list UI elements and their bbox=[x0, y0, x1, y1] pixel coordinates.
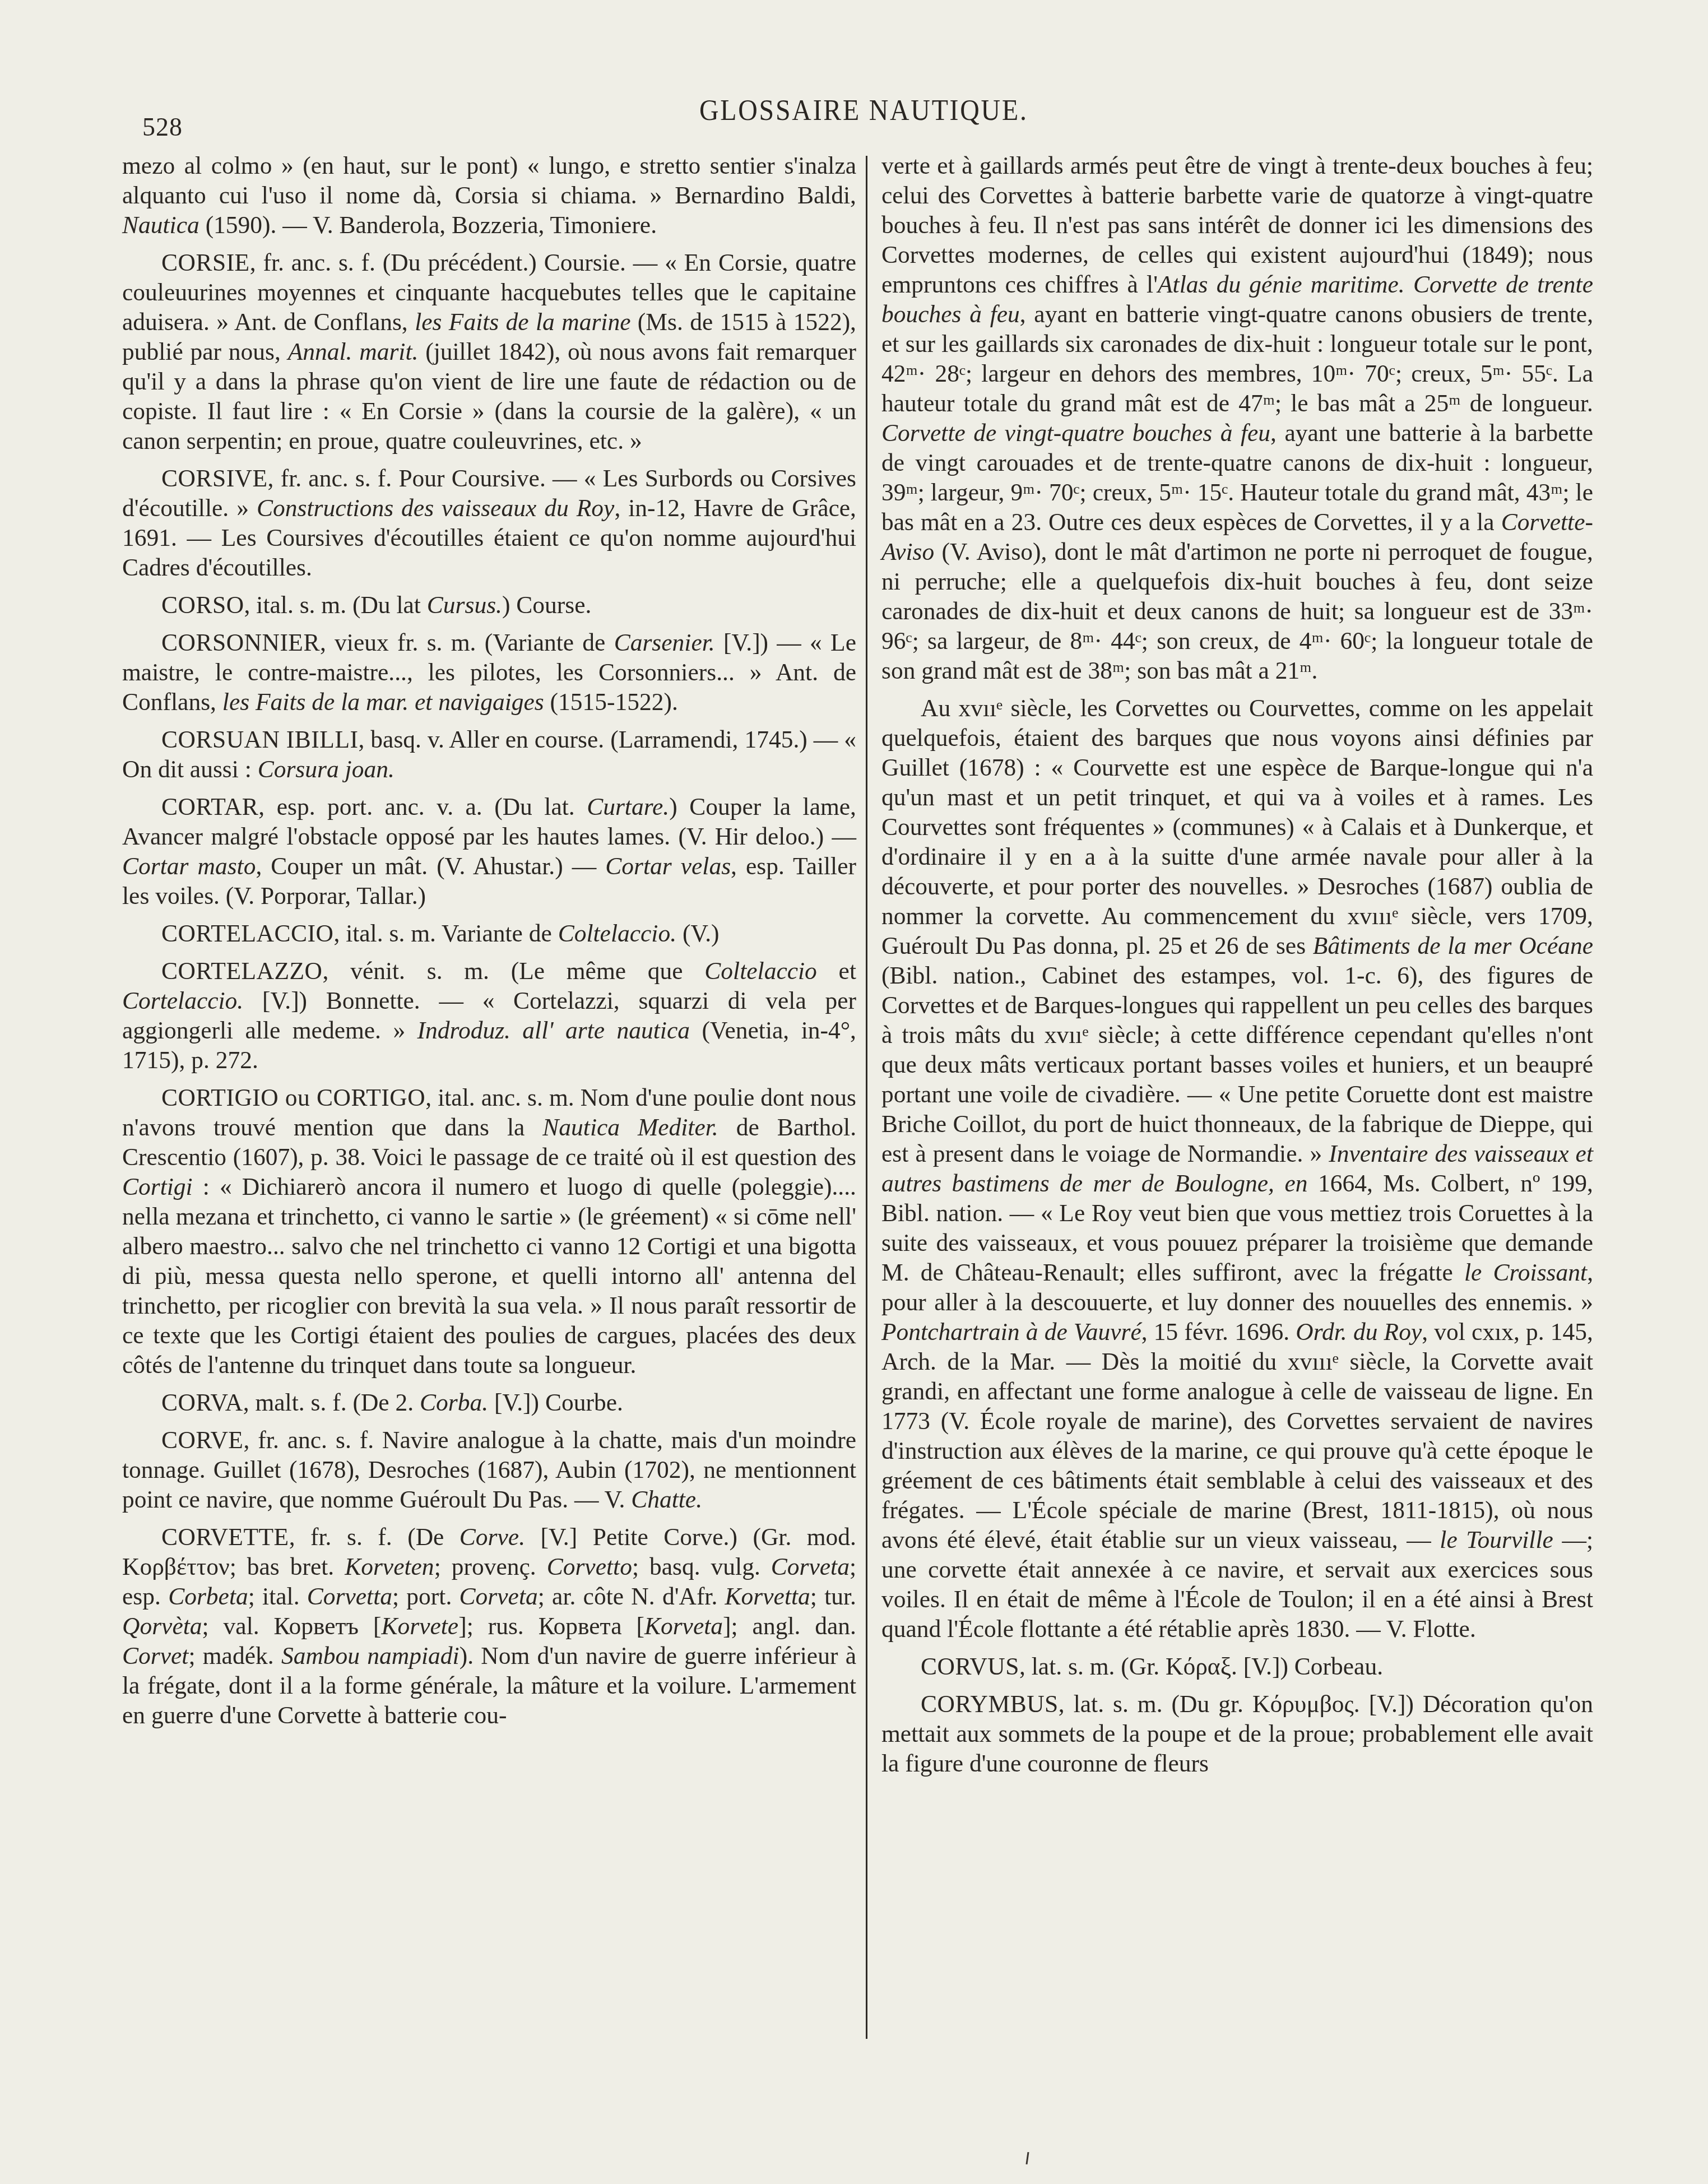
entry-headword: CORTIGIO ou CORTIGO bbox=[161, 1084, 425, 1111]
glossary-paragraph: mezo al colmo » (en haut, sur le pont) «… bbox=[122, 151, 856, 240]
entry-text: mezo al colmo » (en haut, sur le pont) «… bbox=[122, 152, 856, 209]
page-number: 528 bbox=[142, 112, 183, 142]
italic-citation: Cortar masto bbox=[122, 853, 256, 880]
italic-citation: Indroduz. all' arte nautica bbox=[417, 1017, 690, 1044]
entry-headword: CORTELACCIO bbox=[161, 920, 333, 947]
entry-headword: CORSIVE bbox=[161, 465, 268, 492]
entry-text: (V. Aviso), dont le mât d'artimon ne por… bbox=[881, 539, 1593, 684]
italic-citation: Cortar velas bbox=[605, 853, 731, 880]
entry-headword: CORSONNIER bbox=[161, 629, 320, 656]
glossary-paragraph: Au xvııᵉ siècle, les Corvettes ou Courve… bbox=[881, 694, 1593, 1644]
glossary-entry: CORVE, fr. anc. s. f. Navire analogue à … bbox=[122, 1426, 856, 1515]
entry-text: , Couper un mât. (V. Ahustar.) — bbox=[256, 853, 605, 880]
italic-citation: Nautica bbox=[122, 212, 199, 239]
entry-headword: CORVETTE bbox=[161, 1524, 289, 1551]
italic-citation: Corvetto bbox=[547, 1554, 632, 1580]
glossary-entry: CORTELAZZO, vénit. s. m. (Le même que Co… bbox=[122, 957, 856, 1075]
entry-text: , vol cxıx, p. 145, Arch. de la Mar. — D… bbox=[881, 1319, 1593, 1554]
entry-text: (1515-1522). bbox=[544, 689, 678, 716]
entry-text: ) Course. bbox=[502, 592, 591, 619]
entry-headword: CORVA bbox=[161, 1389, 243, 1416]
entry-text: ; basq. vulg. bbox=[632, 1554, 771, 1580]
italic-citation: Korveten bbox=[345, 1554, 434, 1580]
entry-text: , malt. s. f. (De 2. bbox=[243, 1389, 420, 1416]
glossary-entry: CORSIE, fr. anc. s. f. (Du précédent.) C… bbox=[122, 248, 856, 456]
entry-headword: CORVE bbox=[161, 1427, 243, 1454]
glossary-entry: CORYMBUS, lat. s. m. (Du gr. Κόρυμβος. [… bbox=[881, 1690, 1593, 1779]
italic-citation: Coltelaccio. bbox=[558, 920, 676, 947]
entry-text: Au xvııᵉ siècle, les Corvettes ou Courve… bbox=[881, 695, 1593, 959]
glossary-entry: CORVA, malt. s. f. (De 2. Corba. [V.]) C… bbox=[122, 1388, 856, 1418]
italic-citation: Corvette de vingt-quatre bouches à feu bbox=[881, 420, 1270, 447]
glossary-entry: CORTELACCIO, ital. s. m. Variante de Col… bbox=[122, 919, 856, 949]
entry-headword: CORVUS bbox=[921, 1653, 1019, 1680]
italic-citation: Nautica Mediter. bbox=[542, 1114, 718, 1141]
italic-citation: Korveta bbox=[644, 1613, 723, 1640]
entry-text: ]; rus. Корвета [ bbox=[458, 1613, 644, 1640]
running-title: GLOSSAIRE NAUTIQUE. bbox=[699, 94, 1028, 127]
entry-text: (1590). — V. Banderola, Bozzeria, Timoni… bbox=[199, 212, 657, 239]
italic-citation: Curtare. bbox=[587, 794, 669, 820]
left-column: mezo al colmo » (en haut, sur le pont) «… bbox=[122, 151, 856, 1738]
entry-headword: CORTELAZZO bbox=[161, 958, 323, 985]
entry-text: : « Dichiarerò ancora il numero et luogo… bbox=[122, 1174, 856, 1379]
italic-citation: Annal. marit. bbox=[288, 339, 419, 365]
entry-headword: CORSO bbox=[161, 592, 244, 619]
glossary-entry: CORVETTE, fr. s. f. (De Corve. [V.] Peti… bbox=[122, 1523, 856, 1731]
glossary-paragraph: verte et à gaillards armés peut être de … bbox=[881, 151, 1593, 686]
glossary-entry: CORTIGIO ou CORTIGO, ital. anc. s. m. No… bbox=[122, 1083, 856, 1380]
italic-citation: Carsenier. bbox=[614, 629, 715, 656]
entry-headword: CORSIE bbox=[161, 249, 250, 276]
entry-headword: CORSUAN IBILLI bbox=[161, 726, 358, 753]
entry-text: , 15 févr. 1696. bbox=[1141, 1319, 1296, 1346]
entry-text: , ital. s. m. Variante de bbox=[333, 920, 558, 947]
glossary-entry: CORSIVE, fr. anc. s. f. Pour Coursive. —… bbox=[122, 464, 856, 583]
entry-text: , lat. s. m. (Gr. Κόραξ. [V.]) Corbeau. bbox=[1019, 1653, 1383, 1680]
italic-citation: Corba. bbox=[420, 1389, 488, 1416]
entry-text: ; provenç. bbox=[434, 1554, 547, 1580]
italic-citation: Sambou nampiadi bbox=[281, 1643, 460, 1670]
italic-citation: Constructions des vaisseaux du Roy bbox=[257, 495, 614, 522]
italic-citation: Pontchartrain à de Vauvré bbox=[881, 1319, 1141, 1346]
italic-citation: le Croissant bbox=[1464, 1259, 1587, 1286]
italic-citation: Cortelaccio. bbox=[122, 987, 243, 1014]
italic-citation: Corbeta bbox=[168, 1583, 248, 1610]
entry-text: ]; angl. dan. bbox=[723, 1613, 856, 1640]
italic-citation: Coltelaccio bbox=[704, 958, 817, 985]
italic-citation: Corveta bbox=[771, 1554, 850, 1580]
entry-text: et bbox=[817, 958, 856, 985]
italic-citation: les Faits de la marine bbox=[415, 309, 630, 336]
italic-citation: Cursus. bbox=[427, 592, 502, 619]
entry-text: , esp. port. anc. v. a. (Du lat. bbox=[258, 794, 587, 820]
italic-citation: le Tourville bbox=[1440, 1527, 1553, 1554]
italic-citation: Bâtiments de la mer Océane bbox=[1313, 933, 1593, 959]
entry-text: ; tur. bbox=[810, 1583, 856, 1610]
italic-citation: Corveta bbox=[460, 1583, 538, 1610]
glossary-entry: CORSO, ital. s. m. (Du lat Cursus.) Cour… bbox=[122, 591, 856, 620]
entry-text: ; madék. bbox=[188, 1643, 281, 1670]
column-divider bbox=[866, 156, 867, 2039]
entry-headword: CORYMBUS bbox=[921, 1691, 1059, 1718]
italic-citation: Chatte. bbox=[631, 1486, 702, 1513]
entry-text: (Bibl. nation., Cabinet des estampes, vo… bbox=[881, 962, 1593, 1167]
italic-citation: Corvetta bbox=[307, 1583, 392, 1610]
entry-text: , vénit. s. m. (Le même que bbox=[323, 958, 705, 985]
entry-text: , fr. s. f. (De bbox=[289, 1524, 460, 1551]
glossary-entry: CORTAR, esp. port. anc. v. a. (Du lat. C… bbox=[122, 792, 856, 911]
entry-text: (V.) bbox=[676, 920, 720, 947]
italic-citation: les Faits de la mar. et navigaiges bbox=[222, 689, 544, 716]
glossary-entry: CORSUAN IBILLI, basq. v. Aller en course… bbox=[122, 725, 856, 785]
entry-text: [V.]) Courbe. bbox=[488, 1389, 623, 1416]
entry-text: ; port. bbox=[392, 1583, 460, 1610]
italic-citation: Korvetta bbox=[725, 1583, 810, 1610]
entry-text: ; val. Корветъ [ bbox=[202, 1613, 382, 1640]
entry-text: ; ital. bbox=[248, 1583, 307, 1610]
entry-text: , ital. s. m. (Du lat bbox=[244, 592, 427, 619]
entry-text: , vieux fr. s. m. (Variante de bbox=[320, 629, 614, 656]
italic-citation: Qorvèta bbox=[122, 1613, 202, 1640]
entry-text: ; ar. côte N. d'Afr. bbox=[538, 1583, 725, 1610]
italic-citation: Ordr. du Roy bbox=[1296, 1319, 1422, 1346]
italic-citation: Corsura joan. bbox=[258, 756, 394, 783]
glossary-entry: CORSONNIER, vieux fr. s. m. (Variante de… bbox=[122, 628, 856, 717]
italic-citation: Corvet bbox=[122, 1643, 188, 1670]
entry-headword: CORTAR bbox=[161, 794, 258, 820]
italic-citation: Cortigi bbox=[122, 1174, 193, 1200]
italic-citation: Corve. bbox=[460, 1524, 525, 1551]
right-column: verte et à gaillards armés peut être de … bbox=[881, 151, 1593, 1787]
print-speck bbox=[1025, 2152, 1029, 2164]
italic-citation: Korvete bbox=[381, 1613, 458, 1640]
glossary-entry: CORVUS, lat. s. m. (Gr. Κόραξ. [V.]) Cor… bbox=[881, 1652, 1593, 1682]
